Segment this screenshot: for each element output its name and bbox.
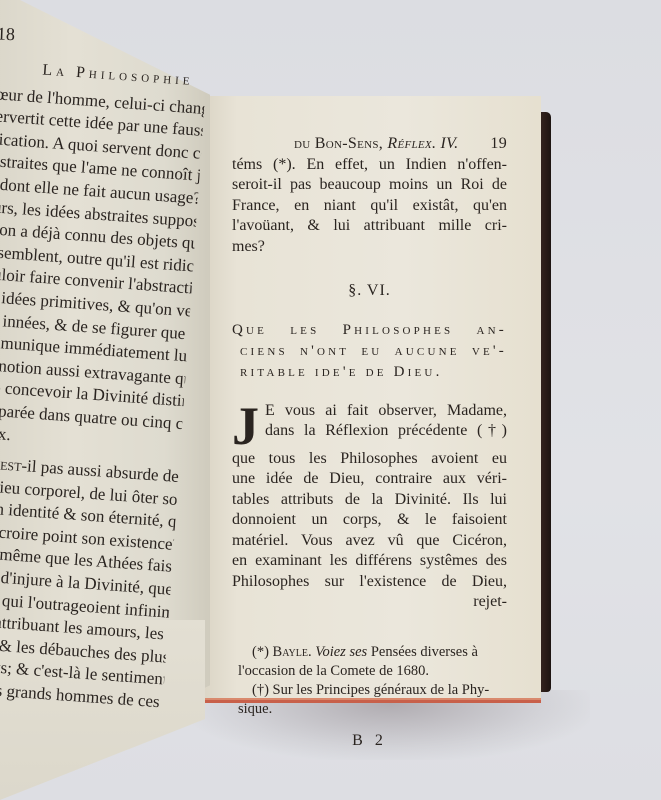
heading-line: ritable ide'e de Dieu. (232, 362, 507, 383)
heading-line: Que les Philosophes an- (232, 320, 507, 341)
section-number: §. VI. (232, 281, 507, 302)
text-line: E vous ai fait observer, Madame, (232, 401, 507, 422)
text-line: téms (*). En effet, un Indien n'offen- (232, 155, 507, 176)
right-page-text: du Bon-Sens, Réflex. IV. 19 téms (*). En… (232, 134, 507, 751)
text-line: dans la Réflexion précédente (†) (232, 421, 507, 442)
footnote-1: (*) Bayle. Voiez ses Pensées diverses à (238, 643, 507, 662)
footnotes: (*) Bayle. Voiez ses Pensées diverses à … (232, 643, 507, 719)
text-line: seroit-il pas beaucoup moins un Roi de (232, 175, 507, 196)
text-line: que tous les Philosophes avoient eu (232, 449, 507, 470)
text-line: tables attributs de la Divinité. Ils lui (232, 490, 507, 511)
text-line: matériel. Vous avez vû que Cicéron, (232, 531, 507, 552)
catchword: rejet- (232, 592, 507, 613)
footnote-2-cont: sique. (238, 700, 507, 719)
text-line: donnoient un corps, & le faisoient (232, 510, 507, 531)
text-line: en examinant les différens systêmes des (232, 551, 507, 572)
text-line: Philosophes sur l'existence de Dieu, (232, 572, 507, 593)
right-page: du Bon-Sens, Réflex. IV. 19 téms (*). En… (196, 96, 541, 703)
running-head: du Bon-Sens, Réflex. IV. 19 (232, 134, 507, 155)
heading-line: ciens n'ont eu aucune ve'- (232, 341, 507, 362)
running-head-title: du Bon-Sens, Réflex. IV. (232, 134, 458, 155)
page-number: 19 (490, 134, 507, 155)
signature-mark: B 2 (232, 731, 507, 752)
text-line: l'avoüant, & lui attribuant mille cri- (232, 216, 507, 237)
text-line: une idée de Dieu, contraire aux véri- (232, 469, 507, 490)
opening-paragraph: téms (*). En effet, un Indien n'offen- s… (232, 155, 507, 258)
book-photo: du Bon-Sens, Réflex. IV. 19 téms (*). En… (0, 0, 661, 800)
section-heading: Que les Philosophes an- ciens n'ont eu a… (232, 320, 507, 383)
text-line: mes? (232, 237, 507, 258)
text-line: France, en niant qu'il existât, qu'en (232, 196, 507, 217)
drop-cap: J (232, 403, 259, 449)
footnote-1-cont: l'occasion de la Comete de 1680. (238, 662, 507, 681)
body-paragraph: J E vous ai fait observer, Madame, dans … (232, 401, 507, 613)
page-number: 18 (0, 23, 15, 46)
footnote-2: (†) Sur les Principes généraux de la Phy… (238, 681, 507, 700)
